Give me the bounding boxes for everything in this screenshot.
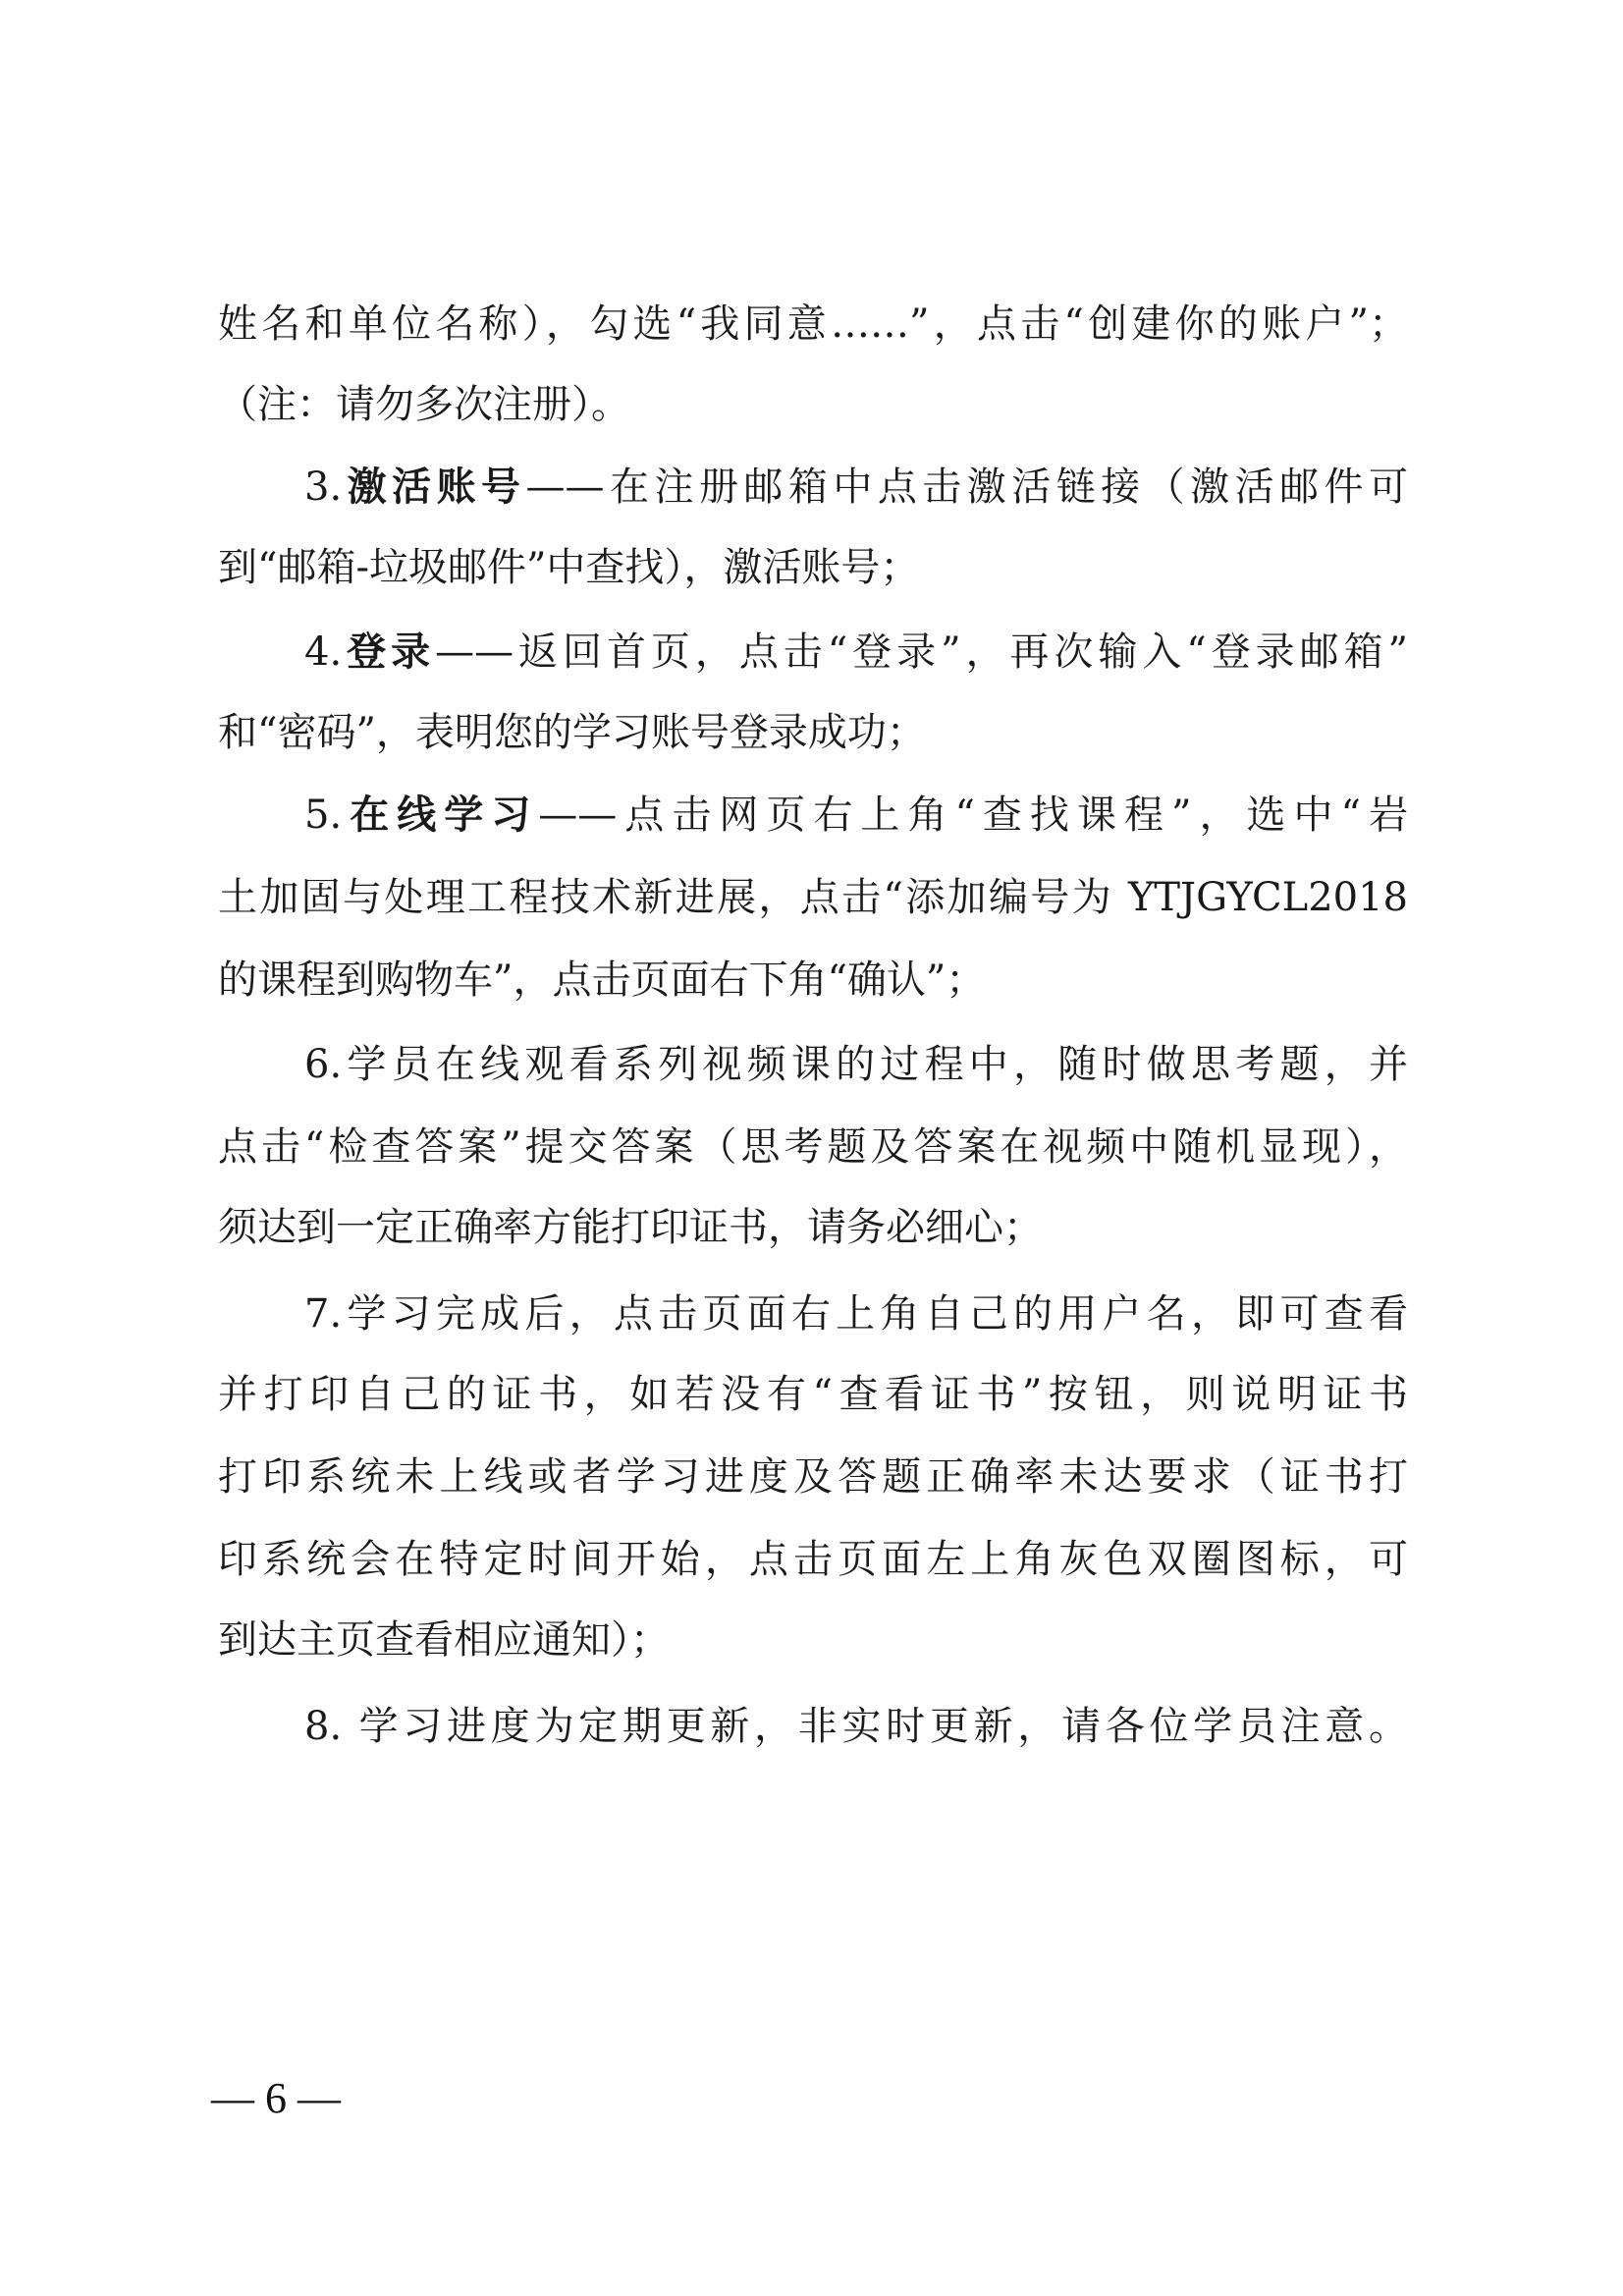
text-line: 并打印自己的证书，如若没有“查看证书”按钮，则说明证书 — [218, 1365, 1408, 1424]
text-line: （注：请勿多次注册）。 — [218, 375, 1408, 434]
step-5-heading: 5.在线学习——点击网页右上角“查找课程”，选中“岩 — [304, 786, 1408, 845]
step-6-line: 6.学员在线观看系列视频课的过程中，随时做思考题，并 — [304, 1035, 1408, 1094]
text-line: 的课程到购物车”，点击页面右下角“确认”； — [218, 951, 1408, 1010]
document-page: 姓名和单位名称），勾选“我同意……”，点击“创建你的账户”； （注：请勿多次注册… — [0, 0, 1623, 2296]
text-line: 土加固与处理工程技术新进展，点击“添加编号为 YTJGYCL2018 — [218, 868, 1408, 927]
step-title: 激活账号 — [342, 464, 525, 510]
text-line: 姓名和单位名称），勾选“我同意……”，点击“创建你的账户”； — [218, 295, 1408, 354]
text-line: 印系统会在特定时间开始，点击页面左上角灰色双圈图标，可 — [218, 1530, 1408, 1589]
step-title: 在线学习 — [342, 792, 538, 838]
step-4-heading: 4.登录——返回首页，点击“登录”，再次输入“登录邮箱” — [304, 623, 1408, 682]
step-number: 4. — [304, 629, 342, 675]
text-line: 到达主页查看相应通知）； — [218, 1611, 1408, 1669]
text-line: 打印系统未上线或者学习进度及答题正确率未达要求（证书打 — [218, 1448, 1408, 1506]
step-number: 5. — [304, 793, 342, 838]
step-3-heading: 3.激活账号——在注册邮箱中点击激活链接（激活邮件可 — [304, 458, 1408, 517]
step-number: 3. — [304, 465, 342, 510]
text-line: 到“邮箱-垃圾邮件”中查找），激活账号； — [218, 538, 1408, 597]
page-number: — 6 — — [211, 2074, 341, 2123]
text-line: 点击“检查答案”提交答案（思考题及答案在视频中随机显现）， — [218, 1118, 1408, 1176]
step-text: ——点击网页右上角“查找课程”，选中“岩 — [538, 793, 1408, 838]
text-line: 和“密码”，表明您的学习账号登录成功； — [218, 703, 1408, 762]
step-8-line: 8. 学习进度为定期更新，非实时更新，请各位学员注意。 — [304, 1697, 1408, 1756]
text-line: 须达到一定正确率方能打印证书，请务必细心； — [218, 1198, 1408, 1257]
step-7-line: 7.学习完成后，点击页面右上角自己的用户名，即可查看 — [304, 1285, 1408, 1343]
step-text: ——返回首页，点击“登录”，再次输入“登录邮箱” — [435, 629, 1408, 675]
step-title: 登录 — [342, 629, 435, 675]
step-text: ——在注册邮箱中点击激活链接（激活邮件可 — [526, 465, 1408, 510]
